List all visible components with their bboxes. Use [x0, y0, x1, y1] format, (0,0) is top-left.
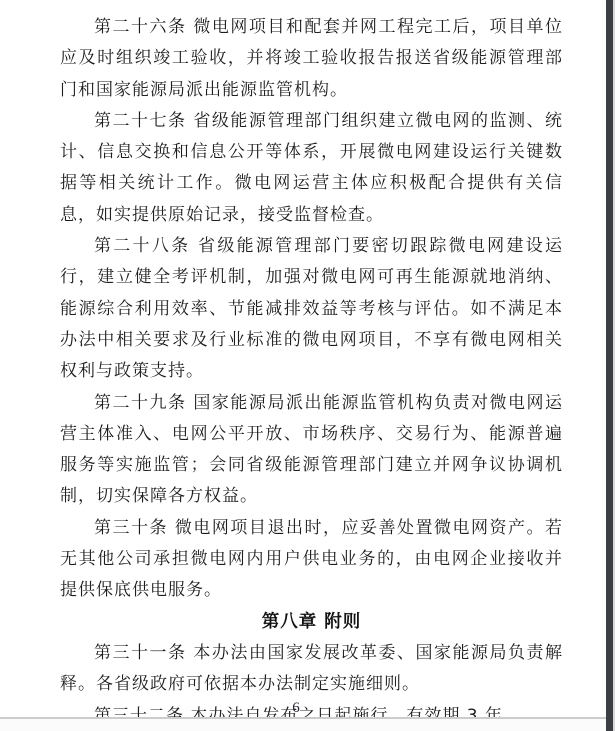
document-text-column: 第二十六条 微电网项目和配套并网工程完工后，项目单位应及时组织竣工验收，并将竣工… — [0, 0, 607, 731]
viewer-edge-band — [606, 0, 613, 731]
article-paragraph-29: 第二十九条 国家能源局派出能源监管机构负责对微电网运营主体准入、电网公平开放、市… — [60, 388, 563, 513]
below-page-gap — [0, 719, 606, 731]
article-paragraph-27: 第二十七条 省级能源管理部门组织建立微电网的监测、统计、信息交换和信息公开等体系… — [60, 106, 563, 231]
page-number: 6 — [0, 700, 592, 717]
article-paragraph-30: 第三十条 微电网项目退出时，应妥善处置微电网资产。若无其他公司承担微电网内用户供… — [60, 513, 563, 607]
article-paragraph-31: 第三十一条 本办法由国家发展改革委、国家能源局负责解释。各省级政府可依据本办法制… — [60, 638, 563, 701]
chapter-heading: 第八章 附则 — [60, 607, 563, 638]
article-paragraph-26: 第二十六条 微电网项目和配套并网工程完工后，项目单位应及时组织竣工验收，并将竣工… — [60, 12, 563, 106]
document-page: 第二十六条 微电网项目和配套并网工程完工后，项目单位应及时组织竣工验收，并将竣工… — [0, 0, 615, 731]
article-paragraph-28: 第二十八条 省级能源管理部门要密切跟踪微电网建设运行，建立健全考评机制，加强对微… — [60, 231, 563, 387]
